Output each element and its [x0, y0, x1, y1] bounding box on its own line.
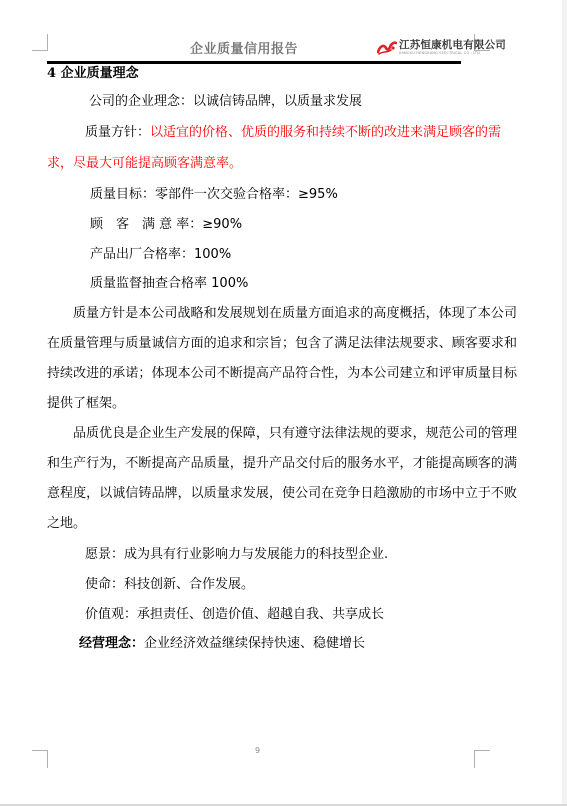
philosophy-label: 公司的企业理念： — [89, 94, 193, 109]
vision-label: 愿景： — [85, 547, 124, 562]
header-title: 企业质量信用报告 — [190, 38, 298, 57]
quality-target-label: 顾 客 满 意 率： — [90, 217, 202, 232]
mission-value: 科技创新、合作发展。 — [124, 577, 254, 592]
header-rule — [47, 61, 461, 64]
quality-target-label: 质量监督抽查合格率 — [90, 276, 207, 291]
business-philosophy-label: 经营理念： — [79, 636, 144, 651]
logo-company-name-en: JIANGSU HENGKANG ELECTRICAL CO., LTD — [399, 51, 480, 55]
logo-mark-icon — [377, 39, 397, 55]
values-value: 承担责任、创造价值、超越自我、共享成长 — [137, 607, 384, 622]
crop-mark-bottom-left — [32, 750, 48, 768]
paragraph-quality-assurance: 品质优良是企业生产发展的保障，只有遵守法律法规的要求，规范公司的管理和生产行为，… — [47, 419, 517, 539]
business-philosophy-value: 企业经济效益继续保持快速、稳健增长 — [144, 636, 365, 651]
quality-target-label: 质量目标：零部件一次交验合格率： — [90, 187, 298, 202]
page-edge — [562, 0, 567, 806]
quality-target-value: 100% — [211, 276, 248, 291]
company-logo: 江苏恒康机电有限公司 JIANGSU HENGKANG ELECTRICAL C… — [377, 37, 502, 59]
vision: 愿景：成为具有行业影响力与发展能力的科技型企业. — [85, 546, 388, 564]
section-heading: 4 企业质量理念 — [47, 65, 139, 83]
quality-target-4: 质量监督抽查合格率 100% — [90, 275, 248, 293]
mission: 使命：科技创新、合作发展。 — [85, 576, 254, 594]
quality-policy-value-line1: 以适宜的价格、优质的服务和持续不断的改进来满足顾客的需 — [150, 125, 501, 140]
paragraph-policy-summary: 质量方针是本公司战略和发展规划在质量方面追求的高度概括，体现了本公司在质量管理与… — [47, 299, 517, 419]
crop-mark-top-left — [32, 34, 48, 51]
philosophy-value: 以诚信铸品牌，以质量求发展 — [193, 94, 362, 109]
logo-company-name-cn: 江苏恒康机电有限公司 — [399, 37, 506, 52]
company-philosophy: 公司的企业理念：以诚信铸品牌，以质量求发展 — [89, 93, 362, 111]
core-values: 价值观：承担责任、创造价值、超越自我、共享成长 — [85, 606, 384, 624]
vision-value: 成为具有行业影响力与发展能力的科技型企业. — [124, 547, 388, 562]
quality-target-label: 产品出厂合格率： — [90, 247, 194, 262]
quality-policy-value-line2: 求，尽最大可能提高顾客满意率。 — [47, 155, 242, 173]
values-label: 价值观： — [85, 607, 137, 622]
quality-target-value: 100% — [194, 247, 231, 262]
quality-policy: 质量方针：以适宜的价格、优质的服务和持续不断的改进来满足顾客的需 — [85, 124, 501, 142]
quality-policy-label: 质量方针： — [85, 125, 150, 140]
mission-label: 使命： — [85, 577, 124, 592]
page-number: 9 — [255, 746, 260, 755]
quality-target-2: 顾 客 满 意 率：≥90% — [90, 216, 242, 234]
business-philosophy: 经营理念：企业经济效益继续保持快速、稳健增长 — [79, 635, 365, 653]
quality-target-1: 质量目标：零部件一次交验合格率：≥95% — [90, 186, 338, 204]
quality-target-value: ≥95% — [298, 187, 338, 202]
quality-target-3: 产品出厂合格率：100% — [90, 246, 231, 264]
crop-mark-bottom-right — [474, 750, 490, 768]
quality-target-value: ≥90% — [202, 217, 242, 232]
